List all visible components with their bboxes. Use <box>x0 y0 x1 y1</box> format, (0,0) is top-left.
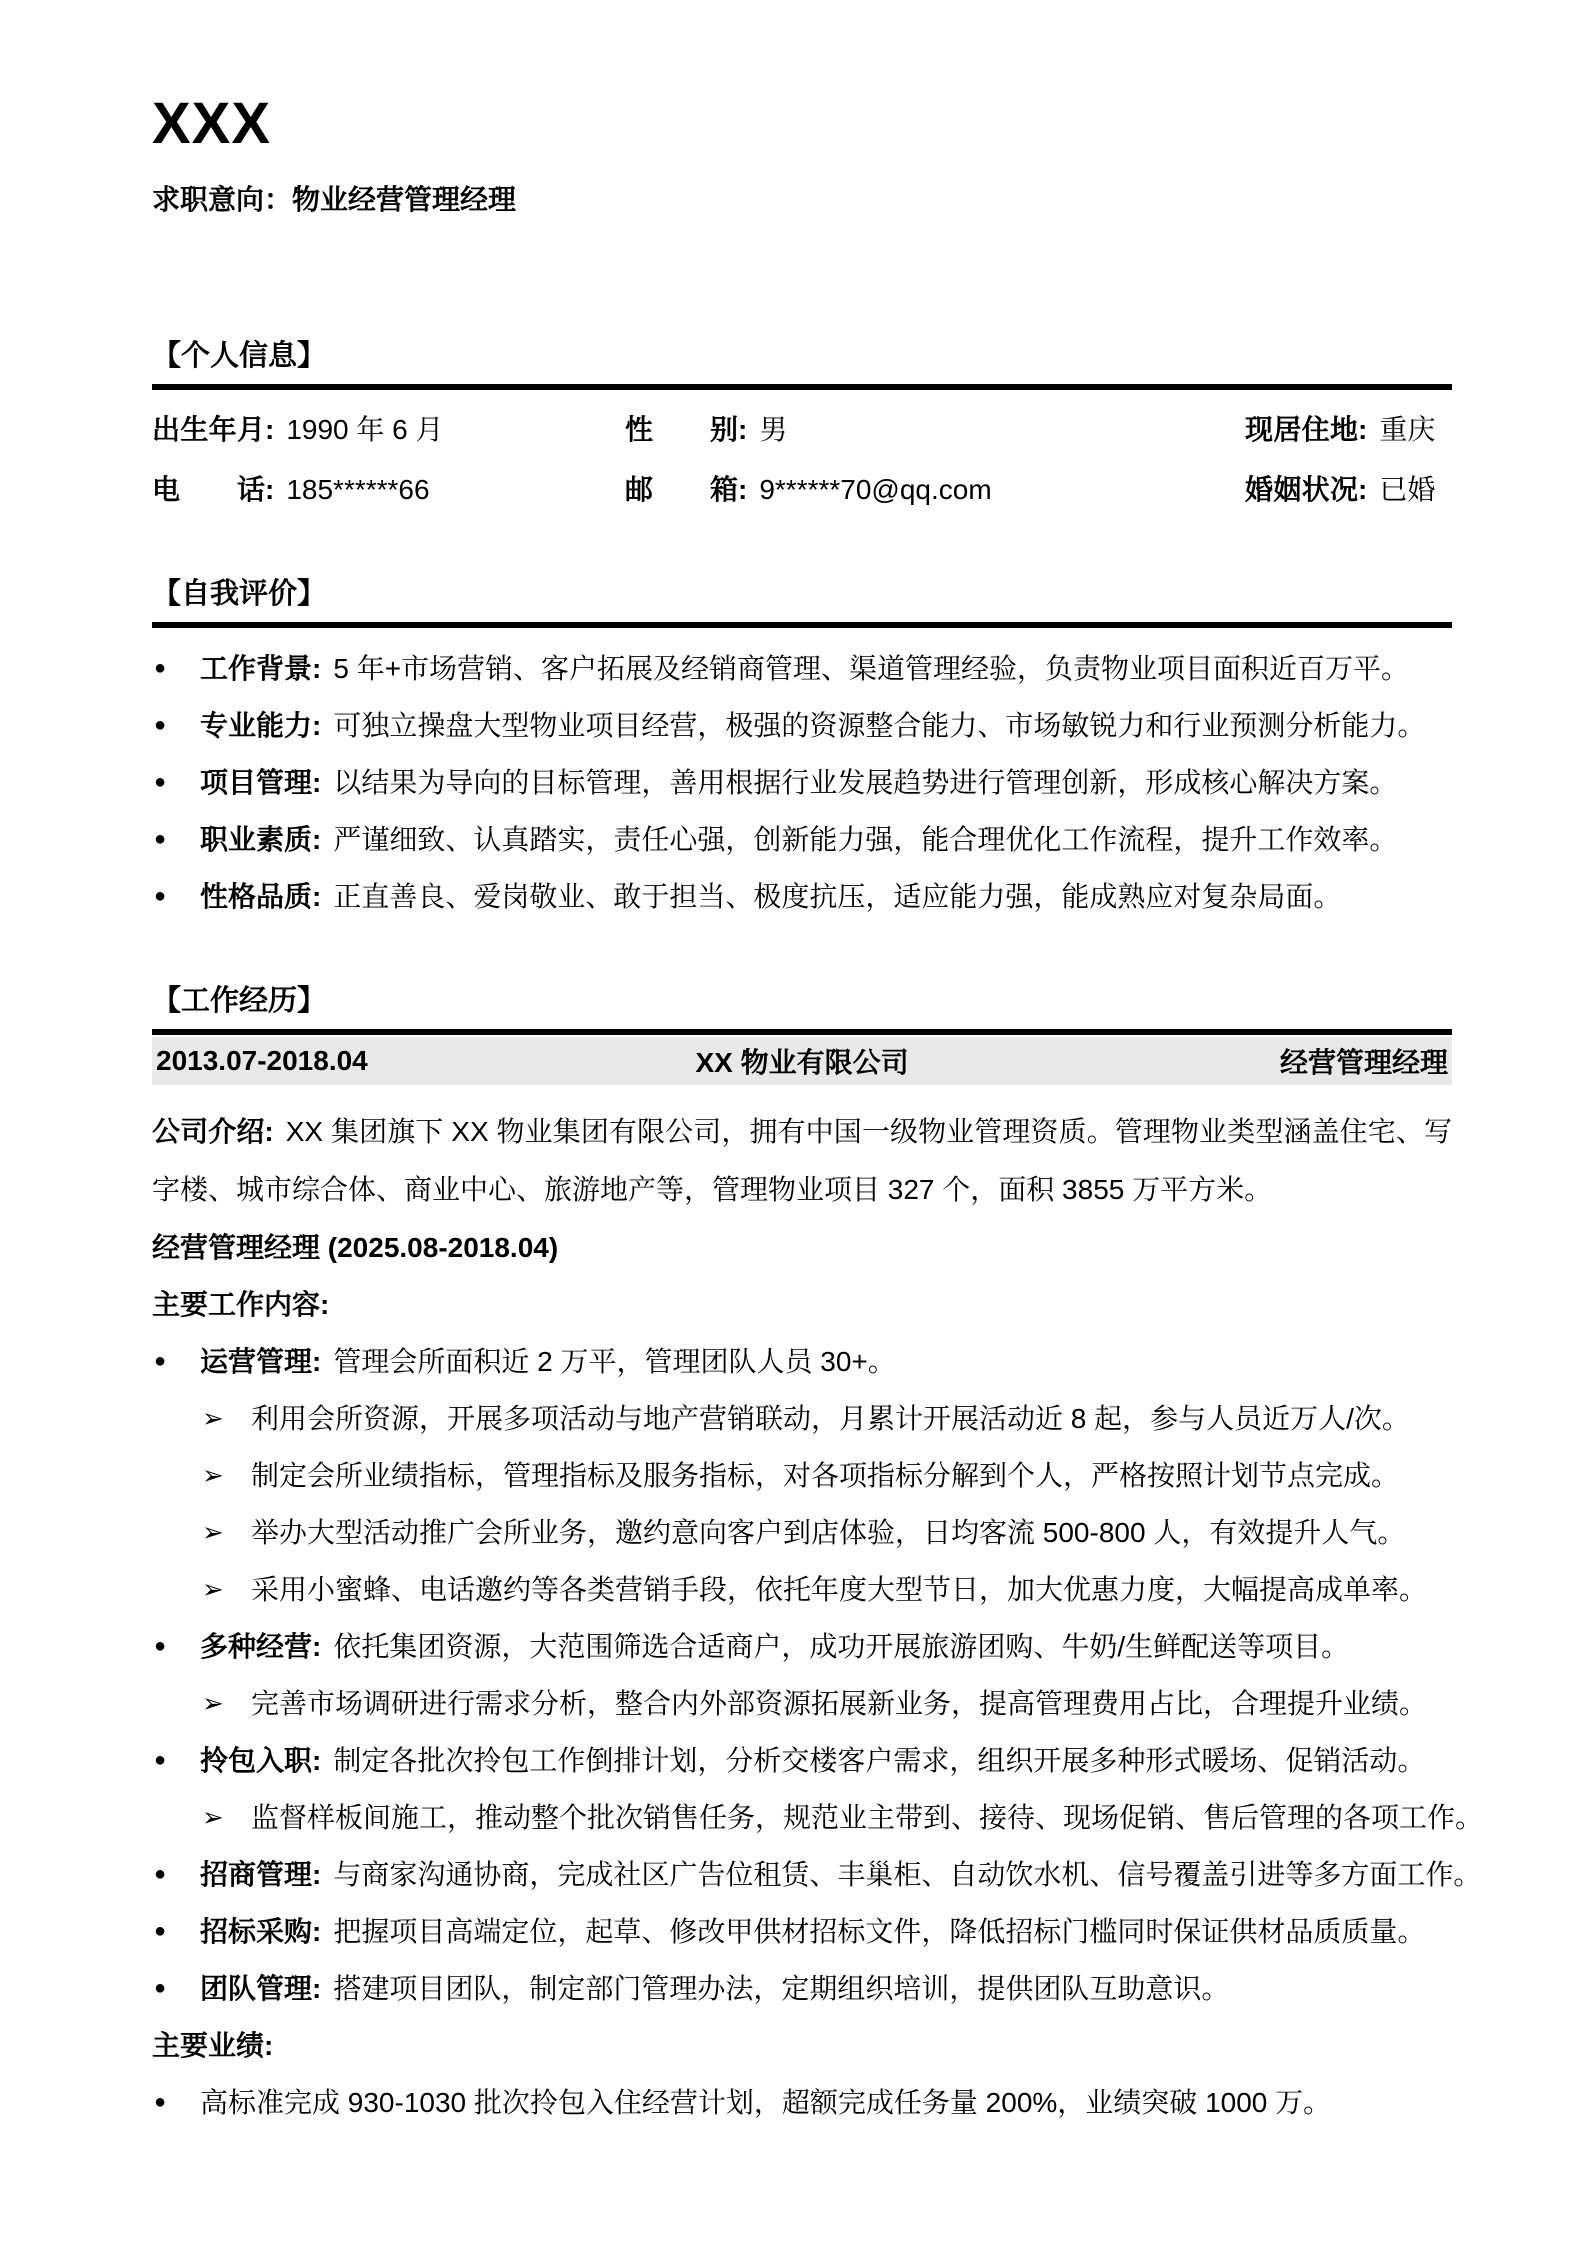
item-label: 性格品质 <box>200 881 312 912</box>
item-text: 以结果为导向的目标管理，善用根据行业发展趋势进行管理创新，形成核心解决方案。 <box>333 767 1397 798</box>
list-item: ➢利用会所资源，开展多项活动与地产营销联动，月累计开展活动近 8 起，参与人员近… <box>152 1390 1452 1447</box>
item-text: 可独立操盘大型物业项目经营，极强的资源整合能力、市场敏锐力和行业预测分析能力。 <box>333 710 1425 741</box>
dot-bullet-icon: ● <box>154 697 166 754</box>
item-text: 利用会所资源，开展多项活动与地产营销联动，月累计开展活动近 8 起，参与人员近万… <box>251 1403 1410 1434</box>
experience-header-bar: 2013.07-2018.04 XX 物业有限公司 经营管理经理 <box>152 1037 1452 1085</box>
list-item: ●性格品质:正直善良、爱岗敬业、敢于担当、极度抗压，适应能力强，能成熟应对复杂局… <box>152 868 1452 925</box>
field-colon: : <box>1358 414 1367 445</box>
achievements-heading: 主要业绩: <box>152 2017 1452 2074</box>
field-value: 已婚 <box>1379 474 1435 505</box>
field-colon: : <box>738 474 747 505</box>
field-marital: 婚姻状况:已婚 <box>1245 460 1452 520</box>
dot-bullet-icon: ● <box>154 1618 166 1675</box>
dot-bullet-icon: ● <box>154 811 166 868</box>
arrow-bullet-icon: ➢ <box>202 1675 224 1732</box>
field-label: 出生年月 <box>152 400 265 460</box>
item-text: 依托集团资源，大范围筛选合适商户，成功开展旅游团购、牛奶/生鲜配送等项目。 <box>333 1631 1349 1662</box>
item-colon: : <box>312 1745 321 1776</box>
field-value: 185******66 <box>286 474 429 505</box>
duties-list: ●运营管理:管理会所面积近 2 万平，管理团队人员 30+。 ➢利用会所资源，开… <box>152 1333 1452 2017</box>
field-gender: 性别:男 <box>625 400 1245 460</box>
item-text: 与商家沟通协商，完成社区广告位租赁、丰巢柜、自动饮水机、信号覆盖引进等多方面工作… <box>333 1859 1481 1890</box>
self-evaluation-list: ●工作背景:5 年+市场营销、客户拓展及经销商管理、渠道管理经验，负责物业项目面… <box>152 640 1452 925</box>
list-item: ●专业能力:可独立操盘大型物业项目经营，极强的资源整合能力、市场敏锐力和行业预测… <box>152 697 1452 754</box>
dot-bullet-icon: ● <box>154 1333 166 1390</box>
field-value: 男 <box>759 414 787 445</box>
item-label: 工作背景 <box>200 653 312 684</box>
field-colon: : <box>1358 474 1367 505</box>
company-intro: 公司介绍:XX 集团旗下 XX 物业集团有限公司，拥有中国一级物业管理资质。管理… <box>152 1103 1452 1219</box>
list-item: ➢制定会所业绩指标，管理指标及服务指标，对各项指标分解到个人，严格按照计划节点完… <box>152 1447 1452 1504</box>
candidate-name: XXX <box>152 92 1452 156</box>
list-item: ●招标采购:把握项目高端定位，起草、修改甲供材招标文件，降低招标门槛同时保证供材… <box>152 1903 1452 1960</box>
dot-bullet-icon: ● <box>154 1846 166 1903</box>
job-intent: 求职意向：物业经营管理经理 <box>152 180 1452 220</box>
item-colon: : <box>312 710 321 741</box>
experience-company: XX 物业有限公司 <box>587 1041 1018 1081</box>
field-birth: 出生年月:1990 年 6 月 <box>152 400 625 460</box>
list-item: ●多种经营:依托集团资源，大范围筛选合适商户，成功开展旅游团购、牛奶/生鲜配送等… <box>152 1618 1452 1675</box>
item-label: 招商管理 <box>200 1859 312 1890</box>
item-colon: : <box>312 881 321 912</box>
field-colon: : <box>738 414 747 445</box>
duties-heading: 主要工作内容: <box>152 1276 1452 1333</box>
item-label: 运营管理 <box>200 1346 312 1377</box>
section-personal-info: 【个人信息】 出生年月:1990 年 6 月 性别:男 现居住地:重庆 电话:1… <box>152 336 1452 520</box>
dot-bullet-icon: ● <box>154 1732 166 1789</box>
item-text: 完善市场调研进行需求分析，整合内外部资源拓展新业务，提高管理费用占比，合理提升业… <box>251 1688 1427 1719</box>
item-text: 搭建项目团队，制定部门管理办法，定期组织培训，提供团队互助意识。 <box>333 1973 1229 2004</box>
dot-bullet-icon: ● <box>154 2074 166 2131</box>
list-item: ●项目管理:以结果为导向的目标管理，善用根据行业发展趋势进行管理创新，形成核心解… <box>152 754 1452 811</box>
resume-page: XXX 求职意向：物业经营管理经理 【个人信息】 出生年月:1990 年 6 月… <box>0 0 1587 2245</box>
list-item: ●高标准完成 930-1030 批次拎包入住经营计划，超额完成任务量 200%，… <box>152 2074 1452 2131</box>
item-label: 拎包入职 <box>200 1745 312 1776</box>
field-label: 电话 <box>152 460 265 520</box>
list-item: ●拎包入职:制定各批次拎包工作倒排计划，分析交楼客户需求，组织开展多种形式暖场、… <box>152 1732 1452 1789</box>
experience-position: 经营管理经理 <box>1017 1041 1448 1081</box>
field-label: 性别 <box>625 400 738 460</box>
item-colon: : <box>312 653 321 684</box>
list-item: ➢举办大型活动推广会所业务，邀约意向客户到店体验，日均客流 500-800 人，… <box>152 1504 1452 1561</box>
item-colon: : <box>312 1346 321 1377</box>
item-colon: : <box>312 1859 321 1890</box>
item-label: 职业素质 <box>200 824 312 855</box>
field-label: 婚姻状况 <box>1245 460 1358 520</box>
item-label: 多种经营 <box>200 1631 312 1662</box>
personal-info-grid: 出生年月:1990 年 6 月 性别:男 现居住地:重庆 电话:185*****… <box>152 400 1452 520</box>
list-item: ➢完善市场调研进行需求分析，整合内外部资源拓展新业务，提高管理费用占比，合理提升… <box>152 1675 1452 1732</box>
field-colon: : <box>265 474 274 505</box>
list-item: ➢采用小蜜蜂、电话邀约等各类营销手段，依托年度大型节日，加大优惠力度，大幅提高成… <box>152 1561 1452 1618</box>
field-label: 邮箱 <box>625 460 738 520</box>
arrow-bullet-icon: ➢ <box>202 1789 224 1846</box>
item-text: 5 年+市场营销、客户拓展及经销商管理、渠道管理经验，负责物业项目面积近百万平。 <box>333 653 1409 684</box>
item-text: 正直善良、爱岗敬业、敢于担当、极度抗压，适应能力强，能成熟应对复杂局面。 <box>333 881 1341 912</box>
section-self-evaluation: 【自我评价】 ●工作背景:5 年+市场营销、客户拓展及经销商管理、渠道管理经验，… <box>152 574 1452 925</box>
experience-period: 2013.07-2018.04 <box>156 1045 587 1077</box>
item-text: 采用小蜜蜂、电话邀约等各类营销手段，依托年度大型节日，加大优惠力度，大幅提高成单… <box>251 1574 1427 1605</box>
list-item: ●团队管理:搭建项目团队，制定部门管理办法，定期组织培训，提供团队互助意识。 <box>152 1960 1452 2017</box>
dot-bullet-icon: ● <box>154 1960 166 2017</box>
item-text: 严谨细致、认真踏实，责任心强，创新能力强，能合理优化工作流程，提升工作效率。 <box>333 824 1397 855</box>
list-item: ●工作背景:5 年+市场营销、客户拓展及经销商管理、渠道管理经验，负责物业项目面… <box>152 640 1452 697</box>
item-colon: : <box>312 824 321 855</box>
dot-bullet-icon: ● <box>154 868 166 925</box>
item-colon: : <box>312 1631 321 1662</box>
field-label: 现居住地 <box>1245 400 1358 460</box>
arrow-bullet-icon: ➢ <box>202 1504 224 1561</box>
dot-bullet-icon: ● <box>154 1903 166 1960</box>
item-colon: : <box>312 1916 321 1947</box>
role-line: 经营管理经理 (2025.08-2018.04) <box>152 1219 1452 1276</box>
item-text: 管理会所面积近 2 万平，管理团队人员 30+。 <box>333 1346 895 1377</box>
item-text: 高标准完成 930-1030 批次拎包入住经营计划，超额完成任务量 200%，业… <box>200 2087 1331 2118</box>
item-text: 把握项目高端定位，起草、修改甲供材招标文件，降低招标门槛同时保证供材品质质量。 <box>333 1916 1425 1947</box>
list-item: ➢监督样板间施工，推动整个批次销售任务，规范业主带到、接待、现场促销、售后管理的… <box>152 1789 1452 1846</box>
list-item: ●运营管理:管理会所面积近 2 万平，管理团队人员 30+。 <box>152 1333 1452 1390</box>
field-phone: 电话:185******66 <box>152 460 625 520</box>
item-text: 监督样板间施工，推动整个批次销售任务，规范业主带到、接待、现场促销、售后管理的各… <box>251 1802 1483 1833</box>
item-text: 举办大型活动推广会所业务，邀约意向客户到店体验，日均客流 500-800 人，有… <box>251 1517 1405 1548</box>
work-experience-title: 【工作经历】 <box>152 981 1452 1035</box>
achievements-list: ●高标准完成 930-1030 批次拎包入住经营计划，超额完成任务量 200%，… <box>152 2074 1452 2131</box>
personal-info-title: 【个人信息】 <box>152 336 1452 390</box>
field-colon: : <box>265 414 274 445</box>
item-label: 项目管理 <box>200 767 312 798</box>
item-label: 专业能力 <box>200 710 312 741</box>
item-text: 制定会所业绩指标，管理指标及服务指标，对各项指标分解到个人，严格按照计划节点完成… <box>251 1460 1399 1491</box>
arrow-bullet-icon: ➢ <box>202 1447 224 1504</box>
section-work-experience: 【工作经历】 2013.07-2018.04 XX 物业有限公司 经营管理经理 … <box>152 981 1452 2131</box>
field-residence: 现居住地:重庆 <box>1245 400 1452 460</box>
dot-bullet-icon: ● <box>154 640 166 697</box>
arrow-bullet-icon: ➢ <box>202 1390 224 1447</box>
field-value: 1990 年 6 月 <box>286 414 443 445</box>
field-value: 9******70@qq.com <box>759 474 991 505</box>
company-intro-colon: : <box>264 1116 273 1147</box>
job-intent-label: 求职意向： <box>152 184 292 215</box>
item-label: 招标采购 <box>200 1916 312 1947</box>
item-text: 制定各批次拎包工作倒排计划，分析交楼客户需求，组织开展多种形式暖场、促销活动。 <box>333 1745 1425 1776</box>
job-intent-value: 物业经营管理经理 <box>292 184 516 215</box>
company-intro-text: XX 集团旗下 XX 物业集团有限公司，拥有中国一级物业管理资质。管理物业类型涵… <box>152 1116 1452 1205</box>
dot-bullet-icon: ● <box>154 754 166 811</box>
arrow-bullet-icon: ➢ <box>202 1561 224 1618</box>
item-colon: : <box>312 1973 321 2004</box>
field-email: 邮箱:9******70@qq.com <box>625 460 1245 520</box>
company-intro-label: 公司介绍 <box>152 1116 264 1147</box>
item-colon: : <box>312 767 321 798</box>
field-value: 重庆 <box>1379 414 1435 445</box>
list-item: ●招商管理:与商家沟通协商，完成社区广告位租赁、丰巢柜、自动饮水机、信号覆盖引进… <box>152 1846 1452 1903</box>
item-label: 团队管理 <box>200 1973 312 2004</box>
self-evaluation-title: 【自我评价】 <box>152 574 1452 628</box>
list-item: ●职业素质:严谨细致、认真踏实，责任心强，创新能力强，能合理优化工作流程，提升工… <box>152 811 1452 868</box>
